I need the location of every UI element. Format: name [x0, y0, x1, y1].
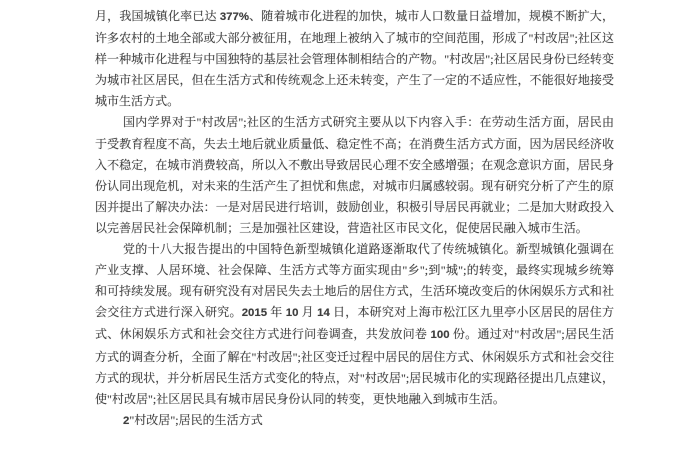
section-heading-lifestyle: 2"村改居";居民的生活方式	[95, 410, 614, 432]
paragraph-new-urbanization-study: 党的十八大报告提出的中国特色新型城镇化道路逐渐取代了传统城镇化。新型城镇化强调在…	[95, 239, 614, 410]
paragraph-domestic-research: 国内学界对于"村改居";社区的生活方式研究主要从以下内容入手：在劳动生活方面，居…	[95, 112, 614, 239]
paragraph-urbanization-intro: 月，我国城镇化率已达 377%、随着城市化进程的加快，城市人口数量日益增加，规模…	[95, 6, 614, 112]
document-page: 月，我国城镇化率已达 377%、随着城市化进程的加快，城市人口数量日益增加，规模…	[0, 0, 700, 470]
